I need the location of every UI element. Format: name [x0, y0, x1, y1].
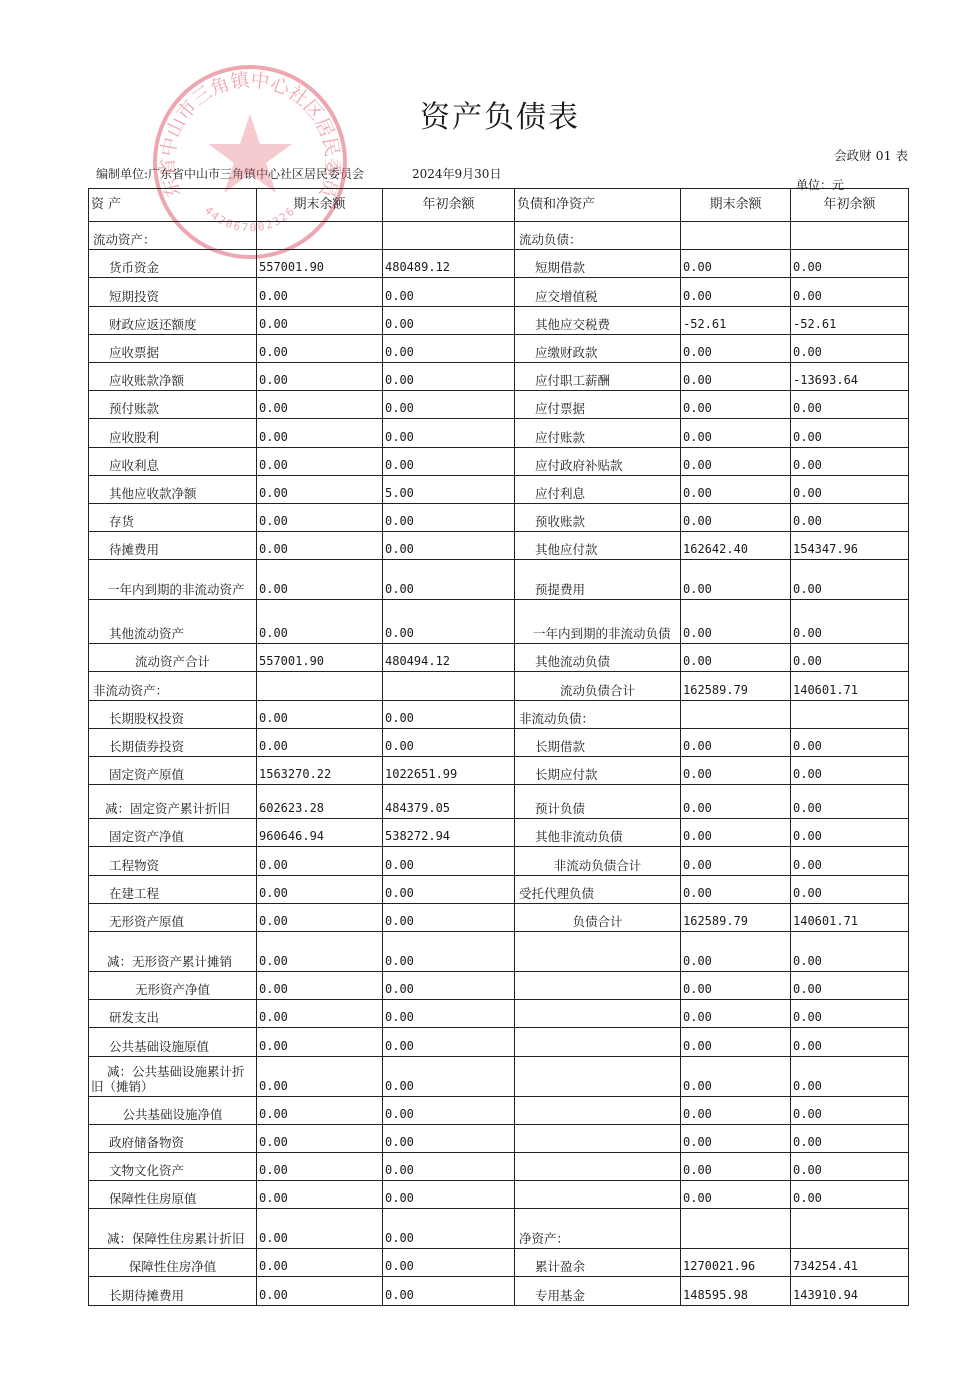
liability-label	[515, 1181, 681, 1209]
asset-end-balance: 0.00	[257, 391, 383, 419]
table-row: 存货0.000.00预收账款0.000.00	[89, 503, 909, 531]
liability-label: 应付职工薪酬	[515, 362, 681, 390]
liability-end-balance: 162589.79	[681, 903, 791, 931]
asset-label: 应收利息	[89, 447, 257, 475]
asset-end-balance: 0.00	[257, 1028, 383, 1056]
table-row: 减：无形资产累计摊销0.000.000.000.00	[89, 931, 909, 971]
liability-end-balance: 0.00	[681, 847, 791, 875]
liability-begin-balance: 143910.94	[791, 1277, 909, 1305]
liability-end-balance: 0.00	[681, 931, 791, 971]
liability-label: 应付账款	[515, 419, 681, 447]
liability-end-balance: 0.00	[681, 1181, 791, 1209]
liability-begin-balance: 0.00	[791, 1181, 909, 1209]
asset-end-balance: 0.00	[257, 903, 383, 931]
asset-label: 应收股利	[89, 419, 257, 447]
table-row: 其他应收款净额0.005.00应付利息0.000.00	[89, 475, 909, 503]
asset-label: 其他流动资产	[89, 600, 257, 644]
header-end-balance-right: 期末余额	[681, 189, 791, 222]
asset-label: 公共基础设施净值	[89, 1096, 257, 1124]
asset-end-balance: 0.00	[257, 334, 383, 362]
table-row: 短期投资0.000.00应交增值税0.000.00	[89, 278, 909, 306]
asset-begin-balance: 0.00	[383, 1124, 515, 1152]
asset-begin-balance: 0.00	[383, 1181, 515, 1209]
liability-begin-balance: 0.00	[791, 503, 909, 531]
asset-begin-balance: 0.00	[383, 447, 515, 475]
asset-begin-balance: 0.00	[383, 728, 515, 756]
asset-begin-balance: 0.00	[383, 1028, 515, 1056]
table-row: 非流动资产：流动负债合计162589.79140601.71	[89, 672, 909, 700]
liability-begin-balance: 0.00	[791, 785, 909, 819]
liability-label: 流动负债：	[515, 222, 681, 250]
asset-begin-balance: 5.00	[383, 475, 515, 503]
asset-begin-balance: 0.00	[383, 1249, 515, 1277]
header-begin-balance-right: 年初余额	[791, 189, 909, 222]
asset-end-balance: 0.00	[257, 1096, 383, 1124]
table-row: 长期待摊费用0.000.00专用基金148595.98143910.94	[89, 1277, 909, 1305]
asset-end-balance: 0.00	[257, 1152, 383, 1180]
table-row: 在建工程0.000.00受托代理负债0.000.00	[89, 875, 909, 903]
liability-begin-balance: 0.00	[791, 391, 909, 419]
table-row: 减：保障性住房累计折旧0.000.00净资产：	[89, 1209, 909, 1249]
table-row: 公共基础设施净值0.000.000.000.00	[89, 1096, 909, 1124]
asset-begin-balance: 0.00	[383, 1000, 515, 1028]
table-row: 应收利息0.000.00应付政府补贴款0.000.00	[89, 447, 909, 475]
asset-begin-balance: 0.00	[383, 903, 515, 931]
asset-label: 公共基础设施原值	[89, 1028, 257, 1056]
asset-end-balance	[257, 222, 383, 250]
asset-begin-balance: 484379.05	[383, 785, 515, 819]
asset-begin-balance: 0.00	[383, 1152, 515, 1180]
table-row: 应收票据0.000.00应缴财政款0.000.00	[89, 334, 909, 362]
liability-end-balance: 0.00	[681, 362, 791, 390]
asset-label: 在建工程	[89, 875, 257, 903]
asset-begin-balance: 0.00	[383, 560, 515, 600]
liability-label: 预提费用	[515, 560, 681, 600]
liability-end-balance: 0.00	[681, 475, 791, 503]
table-row: 固定资产原值1563270.221022651.99长期应付款0.000.00	[89, 757, 909, 785]
liability-end-balance: 0.00	[681, 419, 791, 447]
asset-begin-balance: 0.00	[383, 1056, 515, 1096]
asset-label: 减：无形资产累计摊销	[89, 931, 257, 971]
liability-end-balance: 0.00	[681, 819, 791, 847]
asset-begin-balance: 0.00	[383, 334, 515, 362]
asset-begin-balance: 0.00	[383, 532, 515, 560]
liability-end-balance: 162642.40	[681, 532, 791, 560]
asset-label: 一年内到期的非流动资产	[89, 560, 257, 600]
liability-label	[515, 1000, 681, 1028]
liability-label: 其他流动负债	[515, 644, 681, 672]
asset-end-balance: 0.00	[257, 419, 383, 447]
form-code: 会政财 01 表	[834, 146, 908, 164]
liability-label	[515, 931, 681, 971]
asset-begin-balance: 538272.94	[383, 819, 515, 847]
liability-begin-balance: 0.00	[791, 847, 909, 875]
table-row: 政府储备物资0.000.000.000.00	[89, 1124, 909, 1152]
asset-end-balance: 0.00	[257, 728, 383, 756]
liability-begin-balance: 0.00	[791, 931, 909, 971]
asset-label: 流动资产合计	[89, 644, 257, 672]
asset-end-balance: 0.00	[257, 532, 383, 560]
table-header-row: 资 产 期末余额 年初余额 负债和净资产 期末余额 年初余额	[89, 189, 909, 222]
liability-end-balance: 0.00	[681, 503, 791, 531]
liability-begin-balance: 0.00	[791, 875, 909, 903]
table-row: 无形资产原值0.000.00负债合计162589.79140601.71	[89, 903, 909, 931]
table-row: 应收股利0.000.00应付账款0.000.00	[89, 419, 909, 447]
asset-label: 应收票据	[89, 334, 257, 362]
liability-label: 累计盈余	[515, 1249, 681, 1277]
asset-begin-balance: 1022651.99	[383, 757, 515, 785]
liability-end-balance: 0.00	[681, 334, 791, 362]
asset-begin-balance: 0.00	[383, 600, 515, 644]
liability-end-balance: 0.00	[681, 1124, 791, 1152]
table-row: 无形资产净值0.000.000.000.00	[89, 971, 909, 999]
asset-label: 研发支出	[89, 1000, 257, 1028]
liability-begin-balance: 140601.71	[791, 672, 909, 700]
asset-end-balance: 0.00	[257, 1056, 383, 1096]
asset-end-balance: 557001.90	[257, 644, 383, 672]
liability-end-balance: 0.00	[681, 250, 791, 278]
page-title: 资产负债表	[0, 92, 980, 136]
asset-end-balance: 960646.94	[257, 819, 383, 847]
header-assets: 资 产	[89, 189, 257, 222]
asset-begin-balance	[383, 222, 515, 250]
asset-end-balance: 0.00	[257, 475, 383, 503]
liability-label: 其他非流动负债	[515, 819, 681, 847]
asset-end-balance: 0.00	[257, 875, 383, 903]
liability-begin-balance: 0.00	[791, 1152, 909, 1180]
liability-end-balance: 0.00	[681, 1096, 791, 1124]
balance-sheet-table: 资 产 期末余额 年初余额 负债和净资产 期末余额 年初余额 流动资产：流动负债…	[88, 188, 909, 1306]
asset-end-balance: 0.00	[257, 447, 383, 475]
report-date: 2024年9月30日	[412, 165, 501, 182]
liability-label: 非流动负债合计	[515, 847, 681, 875]
asset-end-balance: 0.00	[257, 306, 383, 334]
asset-begin-balance: 0.00	[383, 362, 515, 390]
asset-label: 财政应返还额度	[89, 306, 257, 334]
liability-label: 短期借款	[515, 250, 681, 278]
liability-end-balance: 0.00	[681, 1000, 791, 1028]
header-end-balance: 期末余额	[257, 189, 383, 222]
liability-begin-balance: 0.00	[791, 419, 909, 447]
asset-label: 货币资金	[89, 250, 257, 278]
asset-begin-balance: 0.00	[383, 1209, 515, 1249]
liability-end-balance: 0.00	[681, 644, 791, 672]
liability-end-balance	[681, 700, 791, 728]
asset-begin-balance: 0.00	[383, 503, 515, 531]
asset-begin-balance: 0.00	[383, 847, 515, 875]
liability-begin-balance: 0.00	[791, 1056, 909, 1096]
asset-end-balance: 0.00	[257, 278, 383, 306]
asset-end-balance: 0.00	[257, 847, 383, 875]
asset-begin-balance: 0.00	[383, 306, 515, 334]
asset-begin-balance: 0.00	[383, 391, 515, 419]
asset-label: 无形资产原值	[89, 903, 257, 931]
liability-end-balance: 0.00	[681, 728, 791, 756]
asset-begin-balance	[383, 672, 515, 700]
table-row: 流动资产：流动负债：	[89, 222, 909, 250]
liability-begin-balance: 154347.96	[791, 532, 909, 560]
liability-label	[515, 1124, 681, 1152]
asset-begin-balance: 0.00	[383, 278, 515, 306]
asset-end-balance: 0.00	[257, 1000, 383, 1028]
asset-end-balance: 0.00	[257, 1209, 383, 1249]
table-row: 公共基础设施原值0.000.000.000.00	[89, 1028, 909, 1056]
asset-end-balance: 0.00	[257, 560, 383, 600]
asset-end-balance: 0.00	[257, 1249, 383, 1277]
liability-label: 预计负债	[515, 785, 681, 819]
liability-label: 其他应交税费	[515, 306, 681, 334]
liability-begin-balance: 0.00	[791, 1124, 909, 1152]
table-row: 研发支出0.000.000.000.00	[89, 1000, 909, 1028]
liability-label	[515, 971, 681, 999]
liability-end-balance: 0.00	[681, 447, 791, 475]
liability-label	[515, 1096, 681, 1124]
liability-end-balance: 0.00	[681, 278, 791, 306]
liability-end-balance: 148595.98	[681, 1277, 791, 1305]
liability-begin-balance: 0.00	[791, 971, 909, 999]
table-row: 待摊费用0.000.00其他应付款162642.40154347.96	[89, 532, 909, 560]
table-row: 工程物资0.000.00非流动负债合计0.000.00	[89, 847, 909, 875]
asset-label: 减：固定资产累计折旧	[89, 785, 257, 819]
liability-label	[515, 1152, 681, 1180]
header-begin-balance: 年初余额	[383, 189, 515, 222]
liability-label	[515, 1056, 681, 1096]
table-row: 文物文化资产0.000.000.000.00	[89, 1152, 909, 1180]
asset-begin-balance: 480489.12	[383, 250, 515, 278]
asset-end-balance: 0.00	[257, 503, 383, 531]
liability-label: 应付票据	[515, 391, 681, 419]
table-row: 固定资产净值960646.94538272.94其他非流动负债0.000.00	[89, 819, 909, 847]
liability-end-balance: 0.00	[681, 1028, 791, 1056]
liability-label: 长期借款	[515, 728, 681, 756]
asset-label: 减：公共基础设施累计折旧（摊销）	[89, 1056, 257, 1096]
liability-label: 应缴财政款	[515, 334, 681, 362]
liability-begin-balance: 0.00	[791, 1096, 909, 1124]
liability-end-balance: 0.00	[681, 1056, 791, 1096]
liability-label: 专用基金	[515, 1277, 681, 1305]
asset-end-balance: 0.00	[257, 362, 383, 390]
asset-label: 长期待摊费用	[89, 1277, 257, 1305]
asset-label: 政府储备物资	[89, 1124, 257, 1152]
liability-label: 长期应付款	[515, 757, 681, 785]
table-row: 一年内到期的非流动资产0.000.00预提费用0.000.00	[89, 560, 909, 600]
table-row: 预付账款0.000.00应付票据0.000.00	[89, 391, 909, 419]
preparing-unit: 编制单位:广东省中山市三角镇中心社区居民委员会	[96, 165, 364, 182]
asset-end-balance: 0.00	[257, 1181, 383, 1209]
liability-label: 一年内到期的非流动负债	[515, 600, 681, 644]
liability-begin-balance	[791, 700, 909, 728]
liability-end-balance: 0.00	[681, 971, 791, 999]
liability-begin-balance: 0.00	[791, 1000, 909, 1028]
asset-begin-balance: 0.00	[383, 1096, 515, 1124]
liability-label: 负债合计	[515, 903, 681, 931]
liability-end-balance: 162589.79	[681, 672, 791, 700]
asset-label: 存货	[89, 503, 257, 531]
liability-label: 预收账款	[515, 503, 681, 531]
liability-label: 应交增值税	[515, 278, 681, 306]
asset-label: 减：保障性住房累计折旧	[89, 1209, 257, 1249]
liability-begin-balance: 0.00	[791, 600, 909, 644]
asset-label: 其他应收款净额	[89, 475, 257, 503]
liability-begin-balance: 140601.71	[791, 903, 909, 931]
asset-label: 长期股权投资	[89, 700, 257, 728]
asset-end-balance: 0.00	[257, 700, 383, 728]
liability-end-balance: 0.00	[681, 600, 791, 644]
liability-label: 净资产：	[515, 1209, 681, 1249]
asset-label: 固定资产净值	[89, 819, 257, 847]
asset-label: 预付账款	[89, 391, 257, 419]
liability-label: 流动负债合计	[515, 672, 681, 700]
asset-label: 文物文化资产	[89, 1152, 257, 1180]
asset-label: 工程物资	[89, 847, 257, 875]
asset-label: 保障性住房原值	[89, 1181, 257, 1209]
asset-end-balance: 602623.28	[257, 785, 383, 819]
liability-begin-balance: 0.00	[791, 447, 909, 475]
liability-begin-balance: 0.00	[791, 250, 909, 278]
asset-label: 固定资产原值	[89, 757, 257, 785]
liability-begin-balance	[791, 222, 909, 250]
asset-label: 非流动资产：	[89, 672, 257, 700]
liability-begin-balance	[791, 1209, 909, 1249]
liability-end-balance	[681, 222, 791, 250]
table-row: 保障性住房原值0.000.000.000.00	[89, 1181, 909, 1209]
asset-label: 应收账款净额	[89, 362, 257, 390]
liability-end-balance: 0.00	[681, 1152, 791, 1180]
table-row: 其他流动资产0.000.00一年内到期的非流动负债0.000.00	[89, 600, 909, 644]
asset-begin-balance: 0.00	[383, 419, 515, 447]
liability-end-balance: 0.00	[681, 785, 791, 819]
table-row: 流动资产合计557001.90480494.12其他流动负债0.000.00	[89, 644, 909, 672]
liability-label	[515, 1028, 681, 1056]
liability-end-balance: 0.00	[681, 875, 791, 903]
liability-end-balance: 0.00	[681, 391, 791, 419]
liability-begin-balance: 0.00	[791, 334, 909, 362]
liability-label: 其他应付款	[515, 532, 681, 560]
asset-begin-balance: 0.00	[383, 971, 515, 999]
asset-label: 短期投资	[89, 278, 257, 306]
table-row: 长期债券投资0.000.00长期借款0.000.00	[89, 728, 909, 756]
asset-end-balance: 0.00	[257, 931, 383, 971]
liability-label: 受托代理负债	[515, 875, 681, 903]
asset-end-balance: 0.00	[257, 600, 383, 644]
liability-begin-balance: 0.00	[791, 757, 909, 785]
table-row: 减：固定资产累计折旧602623.28484379.05预计负债0.000.00	[89, 785, 909, 819]
table-row: 货币资金557001.90480489.12短期借款0.000.00	[89, 250, 909, 278]
asset-end-balance: 0.00	[257, 971, 383, 999]
asset-label: 流动资产：	[89, 222, 257, 250]
liability-begin-balance: 0.00	[791, 1028, 909, 1056]
asset-begin-balance: 0.00	[383, 700, 515, 728]
asset-begin-balance: 0.00	[383, 931, 515, 971]
asset-label: 长期债券投资	[89, 728, 257, 756]
liability-end-balance	[681, 1209, 791, 1249]
asset-end-balance	[257, 672, 383, 700]
liability-label: 应付利息	[515, 475, 681, 503]
header-liabilities: 负债和净资产	[515, 189, 681, 222]
liability-begin-balance: 0.00	[791, 819, 909, 847]
liability-begin-balance: 0.00	[791, 728, 909, 756]
asset-end-balance: 0.00	[257, 1124, 383, 1152]
asset-end-balance: 0.00	[257, 1277, 383, 1305]
liability-begin-balance: 0.00	[791, 475, 909, 503]
liability-end-balance: 0.00	[681, 560, 791, 600]
liability-begin-balance: 0.00	[791, 560, 909, 600]
liability-begin-balance: 0.00	[791, 278, 909, 306]
asset-label: 待摊费用	[89, 532, 257, 560]
liability-end-balance: 0.00	[681, 757, 791, 785]
asset-begin-balance: 0.00	[383, 875, 515, 903]
asset-label: 无形资产净值	[89, 971, 257, 999]
table-row: 长期股权投资0.000.00非流动负债：	[89, 700, 909, 728]
liability-begin-balance: -52.61	[791, 306, 909, 334]
asset-end-balance: 557001.90	[257, 250, 383, 278]
asset-end-balance: 1563270.22	[257, 757, 383, 785]
asset-begin-balance: 0.00	[383, 1277, 515, 1305]
liability-begin-balance: 0.00	[791, 644, 909, 672]
liability-label: 应付政府补贴款	[515, 447, 681, 475]
table-row: 保障性住房净值0.000.00累计盈余1270021.96734254.41	[89, 1249, 909, 1277]
table-row: 财政应返还额度0.000.00其他应交税费-52.61-52.61	[89, 306, 909, 334]
asset-begin-balance: 480494.12	[383, 644, 515, 672]
liability-label: 非流动负债：	[515, 700, 681, 728]
liability-end-balance: 1270021.96	[681, 1249, 791, 1277]
liability-begin-balance: -13693.64	[791, 362, 909, 390]
table-row: 应收账款净额0.000.00应付职工薪酬0.00-13693.64	[89, 362, 909, 390]
liability-end-balance: -52.61	[681, 306, 791, 334]
asset-label: 保障性住房净值	[89, 1249, 257, 1277]
liability-begin-balance: 734254.41	[791, 1249, 909, 1277]
table-row: 减：公共基础设施累计折旧（摊销）0.000.000.000.00	[89, 1056, 909, 1096]
